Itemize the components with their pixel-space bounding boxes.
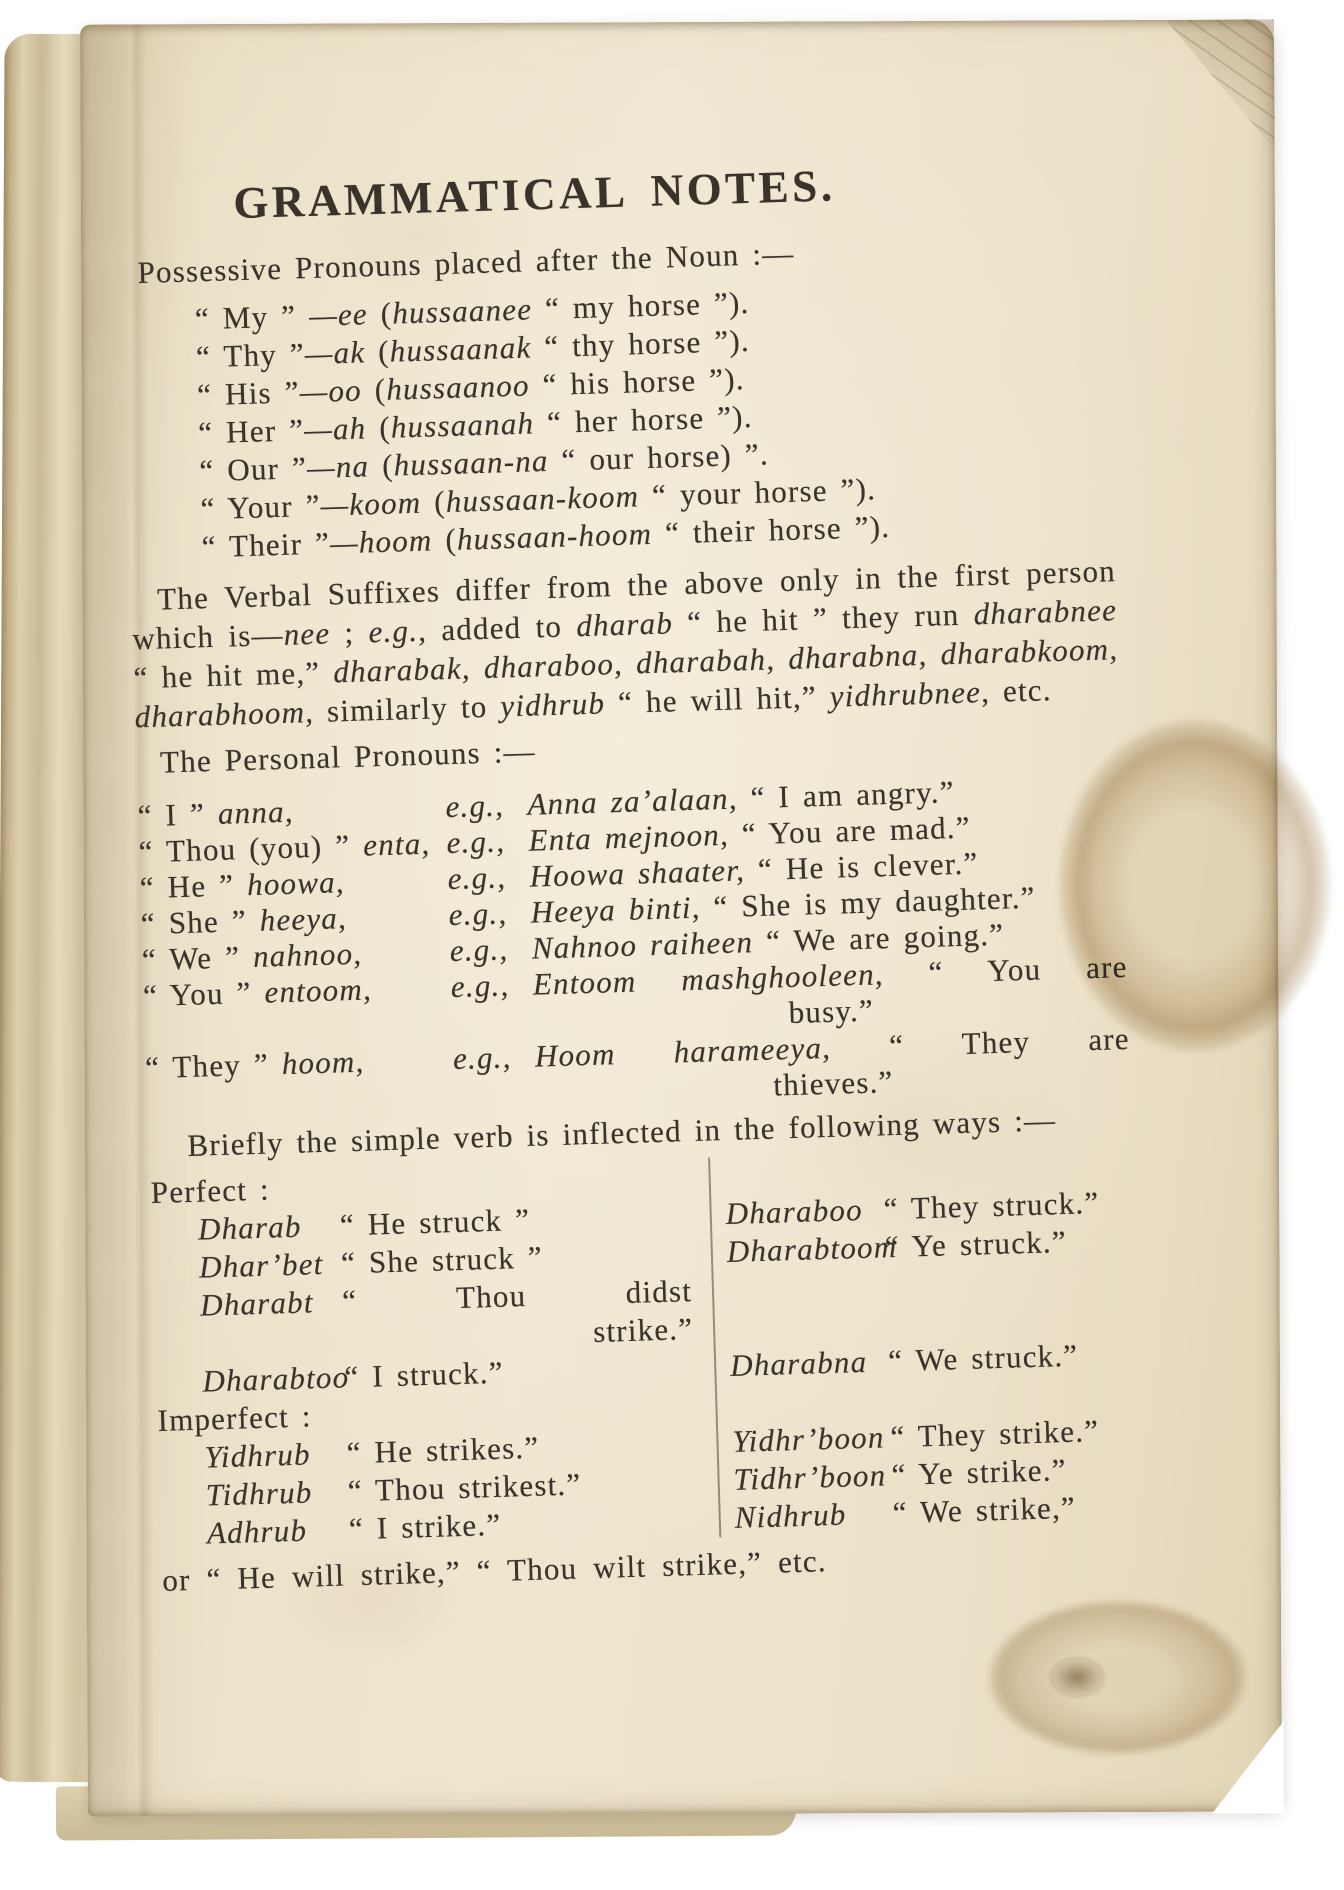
arabic-term: nee: [283, 616, 331, 652]
gloss: “ We strike,”: [892, 1490, 1076, 1530]
gloss: “ He strikes.”: [346, 1430, 540, 1471]
arabic: Adhrub: [206, 1510, 349, 1552]
eg-abbrev: e.g.,: [452, 1039, 536, 1113]
english-pronoun: “ He ”: [139, 867, 234, 905]
english-pronoun: “ Thy ”: [196, 336, 306, 374]
example: Hoowa shaater,: [529, 852, 745, 893]
bottom-right-chip: [1212, 1721, 1284, 1813]
arabic-term: yidhrub: [500, 685, 606, 723]
gloss: “ his horse ”).: [529, 361, 745, 402]
text-segment: ;: [330, 614, 369, 650]
page-title: GRAMMATICAL NOTES.: [119, 158, 950, 231]
text-segment: similarly to: [314, 688, 501, 729]
arabic: heeya,: [259, 900, 347, 938]
stain-bottom: [987, 1600, 1248, 1756]
gloss: “ She struck ”: [340, 1239, 543, 1280]
open-paren: (: [365, 334, 391, 370]
arabic: Dharabtoo: [202, 1358, 345, 1400]
gloss: “ Ye strike.”: [891, 1452, 1067, 1492]
suffix: —hoom: [330, 522, 433, 560]
english-pronoun: “ Our ”: [199, 450, 308, 488]
arabic: hoowa,: [247, 864, 346, 902]
page-content: GRAMMATICAL NOTES. Possessive Pronouns p…: [115, 7, 1146, 1600]
gloss: “ I struck.”: [344, 1355, 504, 1395]
english-pronoun: “ She ”: [140, 903, 247, 941]
verb-column-plural: Dharaboo“ They struck.” Dharabtoom“ Ye s…: [708, 1145, 1144, 1537]
gloss: “ He struck ”: [339, 1202, 530, 1243]
photo-backdrop: GRAMMATICAL NOTES. Possessive Pronouns p…: [0, 0, 1344, 1890]
arabic: Yidhr’boon: [732, 1418, 891, 1461]
arabic-term: yidhrubnee: [829, 674, 981, 713]
example: Anna za’alaan,: [527, 780, 738, 821]
gloss: “ her horse ”).: [534, 399, 753, 440]
possessive-list: “ My ” —ee (hussaanee “ my horse ”). “ T…: [194, 273, 1114, 566]
arabic: hussaanoo: [386, 367, 530, 406]
english-pronoun: “ I ”: [137, 796, 205, 833]
arabic: anna,: [217, 794, 294, 831]
gloss: “ your horse ”).: [639, 471, 877, 513]
eg-abbrev: e.g.,: [446, 823, 529, 861]
example-gloss: “ You are mad.”: [728, 810, 971, 852]
gloss: “ They strike.”: [890, 1413, 1100, 1454]
gloss: “ We struck.”: [888, 1338, 1079, 1379]
gloss: “ Ye struck.”: [884, 1224, 1067, 1264]
text-segment: “ he will hit,”: [605, 679, 831, 721]
arabic: Dharab: [197, 1206, 340, 1248]
example-gloss: “ We are going.”: [753, 917, 1005, 959]
suffix: —koom: [320, 485, 422, 523]
arabic: nahnoo,: [253, 936, 363, 974]
book-page: GRAMMATICAL NOTES. Possessive Pronouns p…: [80, 19, 1282, 1816]
gloss: “ I strike.”: [348, 1507, 501, 1547]
suffix: —oo: [299, 372, 362, 409]
open-paren: (: [369, 448, 395, 484]
arabic-term: dharab: [576, 605, 674, 643]
english-pronoun: “ Their ”: [201, 525, 330, 564]
arabic: Tidhrub: [205, 1472, 348, 1514]
text-segment: “ he hit ” they run: [672, 596, 974, 640]
arabic: Dharaboo: [725, 1190, 884, 1233]
eg-abbrev: e.g.,: [450, 967, 534, 1041]
open-paren: (: [367, 296, 393, 332]
arabic: hussaanah: [390, 405, 534, 444]
example: Enta mejnoon,: [528, 817, 729, 858]
text-segment: added to: [427, 608, 577, 647]
verbal-suffixes-paragraph: The Verbal Suffixes differ from the abov…: [131, 551, 1120, 736]
example-gloss: “ I am angry.”: [737, 774, 955, 815]
verb-column-singular: Perfect : Dharab“ He struck ” Dhar’bet“ …: [150, 1158, 719, 1554]
gloss: “ my horse ”).: [532, 285, 750, 326]
eg-abbrev: e.g.,: [447, 859, 530, 897]
text-segment: “ he hit me,”: [133, 654, 334, 695]
gloss: “ thy horse ”).: [531, 323, 751, 364]
suffix: —ah: [304, 410, 367, 447]
stain-blot: [1049, 1656, 1105, 1698]
verb-inflection-table: Perfect : Dharab“ He struck ” Dhar’bet“ …: [150, 1145, 1144, 1554]
suffix: —na: [307, 448, 370, 485]
example: Nahnoo raiheen: [531, 924, 753, 966]
eg-abbrev: e.g.,: [368, 613, 428, 650]
arabic: Yidhrub: [204, 1434, 347, 1476]
arabic: Nidhrub: [734, 1494, 893, 1537]
english-pronoun: “ We ”: [141, 939, 240, 977]
arabic: Dharabtoom: [726, 1228, 885, 1271]
eg-abbrev: e.g.,: [448, 895, 531, 933]
arabic: hussaan-na: [393, 443, 549, 483]
gloss: “ our horse) ”.: [548, 436, 769, 478]
arabic: hussaan-hoom: [456, 516, 652, 557]
arabic: entoom,: [264, 971, 372, 1009]
arabic: hussaan-koom: [445, 478, 639, 519]
arabic: hussaanee: [392, 291, 533, 330]
gloss: “ Thou didststrike.”: [342, 1272, 694, 1358]
english-pronoun: “ They ”: [145, 1047, 270, 1086]
suffix: —ak: [304, 334, 365, 371]
english-pronoun: “ My ”: [194, 298, 309, 336]
open-paren: (: [366, 410, 392, 446]
gloss: “ their horse ”).: [652, 509, 891, 551]
example: Heeya binti,: [530, 890, 701, 930]
english-pronoun: “ Her ”: [198, 412, 305, 450]
gloss: “ They struck.”: [883, 1185, 1100, 1226]
text-segment: , etc.: [981, 672, 1053, 709]
example-gloss: “ You are: [883, 949, 1128, 991]
english-pronoun: “ You ”: [142, 975, 252, 1013]
arabic: enta,: [363, 826, 431, 863]
gloss: “ Thou strikest.”: [347, 1466, 582, 1508]
arabic: Dharabna: [730, 1342, 889, 1385]
arabic: Dhar’bet: [199, 1244, 342, 1286]
personal-pronouns-list: “ I ” anna,e.g.,Anna za’alaan, “ I am an…: [137, 769, 1131, 1122]
eg-abbrev: e.g.,: [445, 787, 528, 825]
open-paren: (: [361, 372, 387, 408]
english-pronoun: “ Thou (you) ”: [138, 828, 351, 869]
open-paren: (: [432, 522, 458, 558]
example-gloss: “ They are: [831, 1021, 1131, 1065]
suffix: —ee: [309, 296, 369, 333]
arabic-term: dharabnee: [973, 592, 1117, 631]
arabic: hussaanak: [389, 329, 532, 368]
english-pronoun: “ His ”: [197, 374, 300, 412]
corner-crease: [1142, 19, 1275, 172]
arabic: hoom,: [281, 1044, 365, 1081]
english-pronoun: “ Your ”: [200, 488, 321, 527]
eg-abbrev: e.g.,: [449, 931, 532, 969]
example-gloss: “ He is clever.”: [744, 845, 978, 887]
open-paren: (: [421, 484, 447, 520]
arabic: Dharabt: [200, 1282, 343, 1324]
arabic: Tidhr’boon: [733, 1456, 892, 1499]
